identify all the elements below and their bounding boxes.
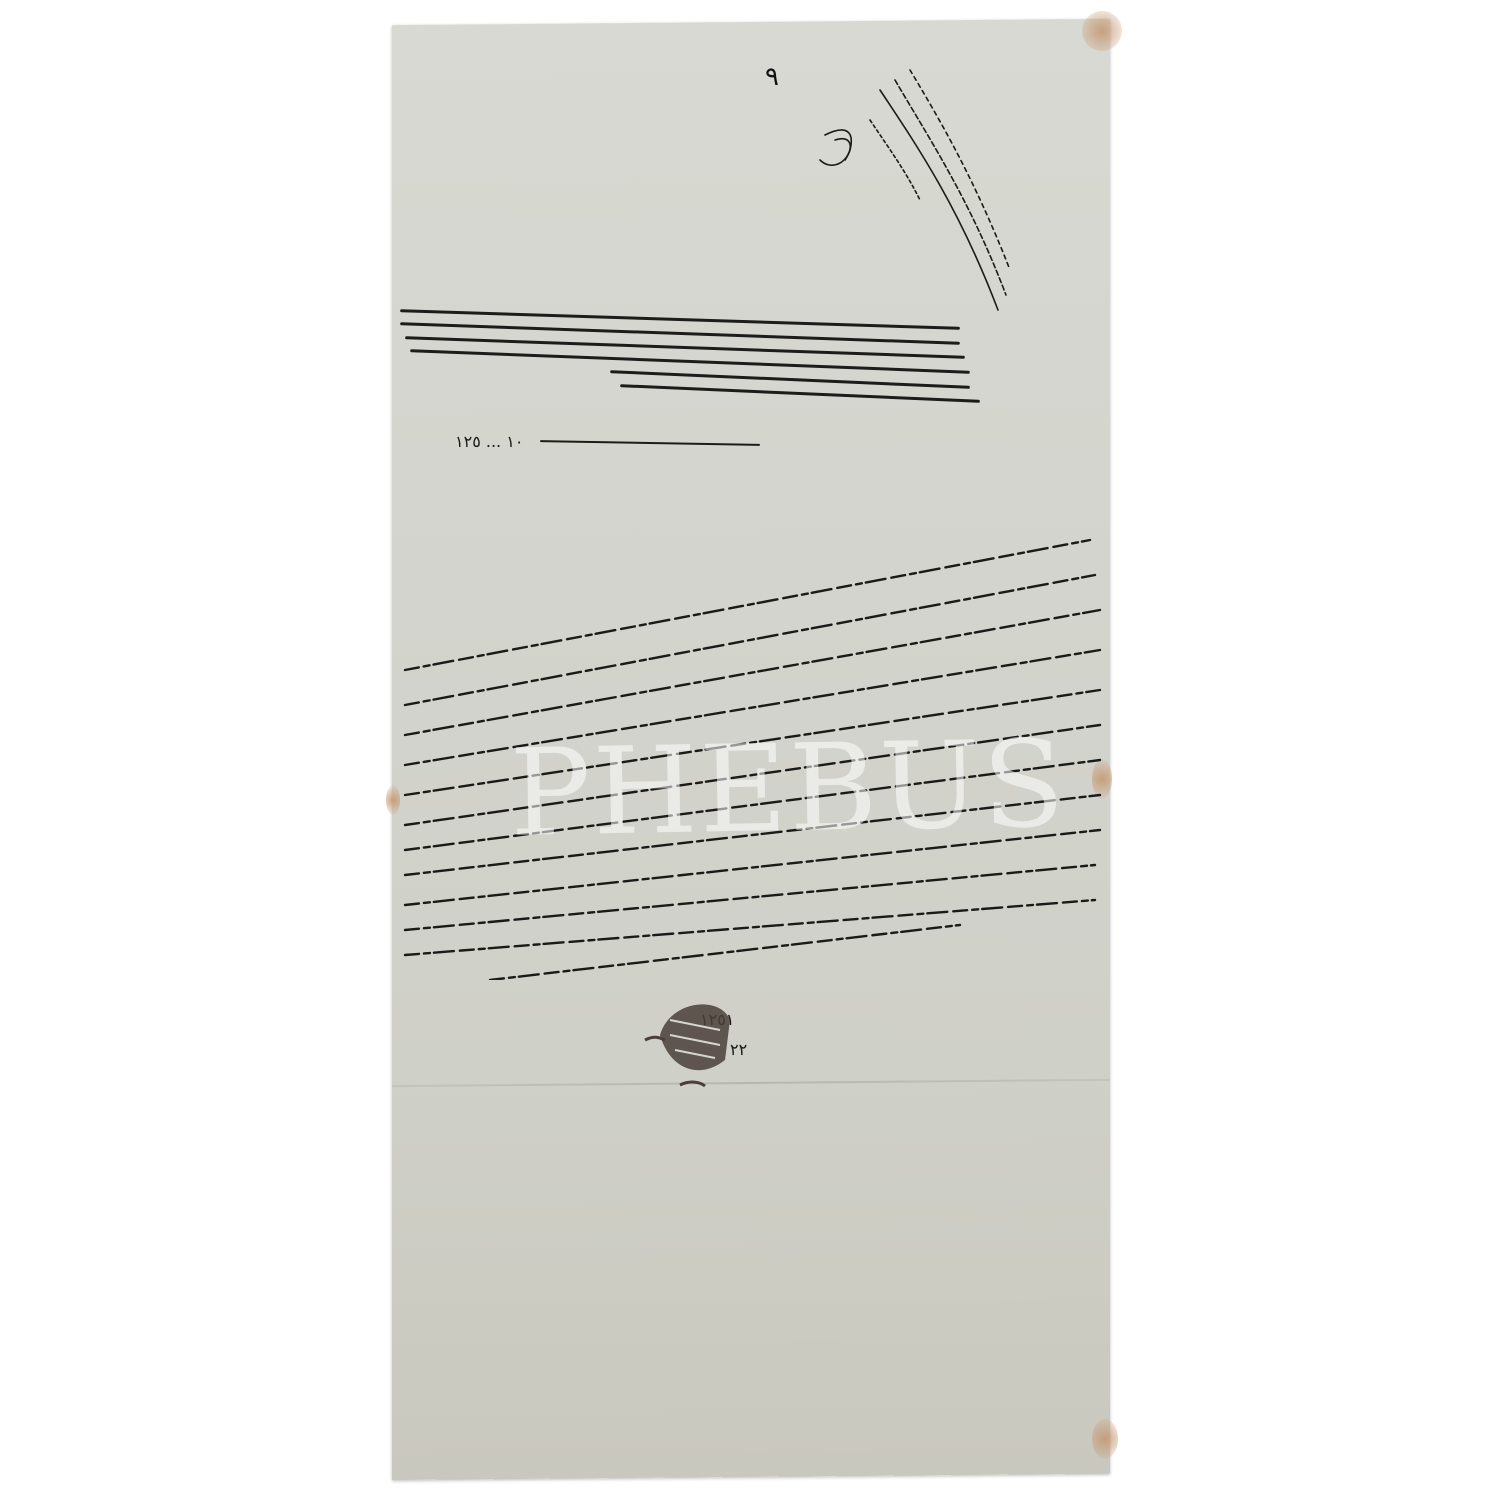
date-line: ١٠ ... ١٢٥ [455,432,523,451]
left-edge-stain [386,785,400,815]
edge-stain [1092,1419,1118,1459]
folio-number: ٩ [765,62,779,92]
fold-line [392,1079,1110,1087]
watermark: PHEBUS [509,715,1068,864]
corner-stain [1082,11,1122,51]
seal-icon [640,990,750,1100]
marginal-note [810,40,1010,320]
